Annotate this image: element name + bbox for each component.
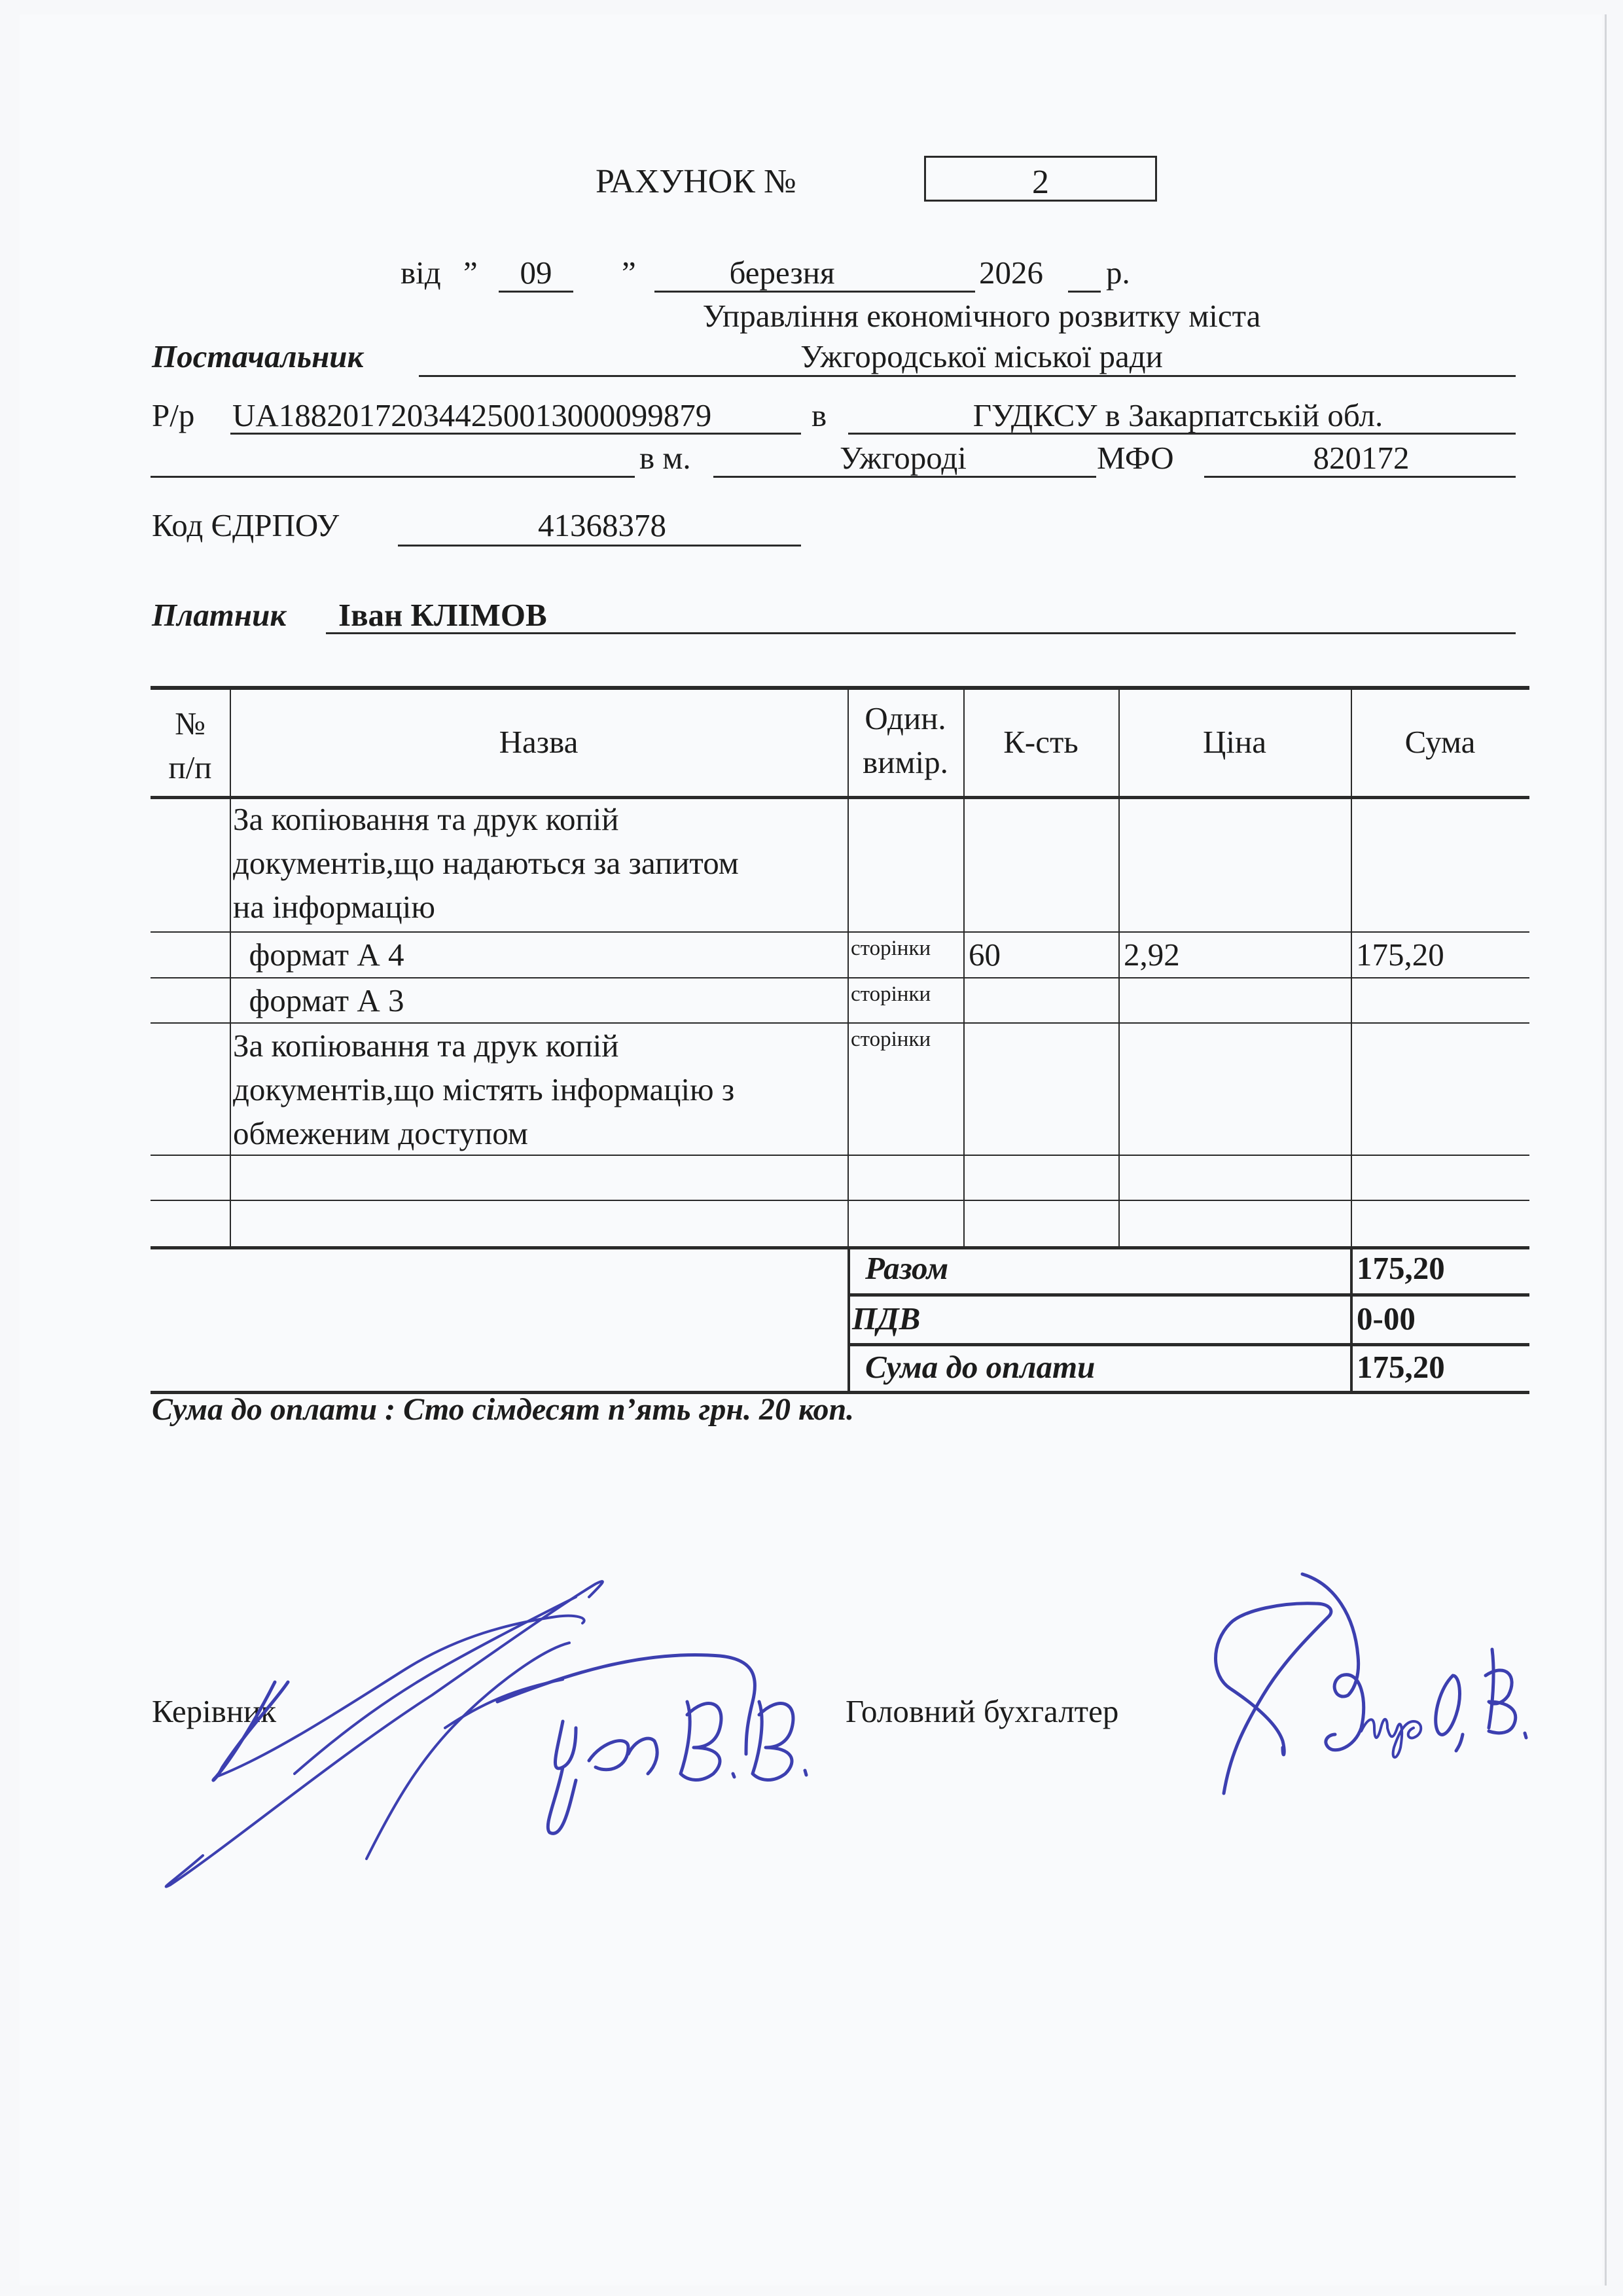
accountant-signature [0, 0, 1623, 2296]
